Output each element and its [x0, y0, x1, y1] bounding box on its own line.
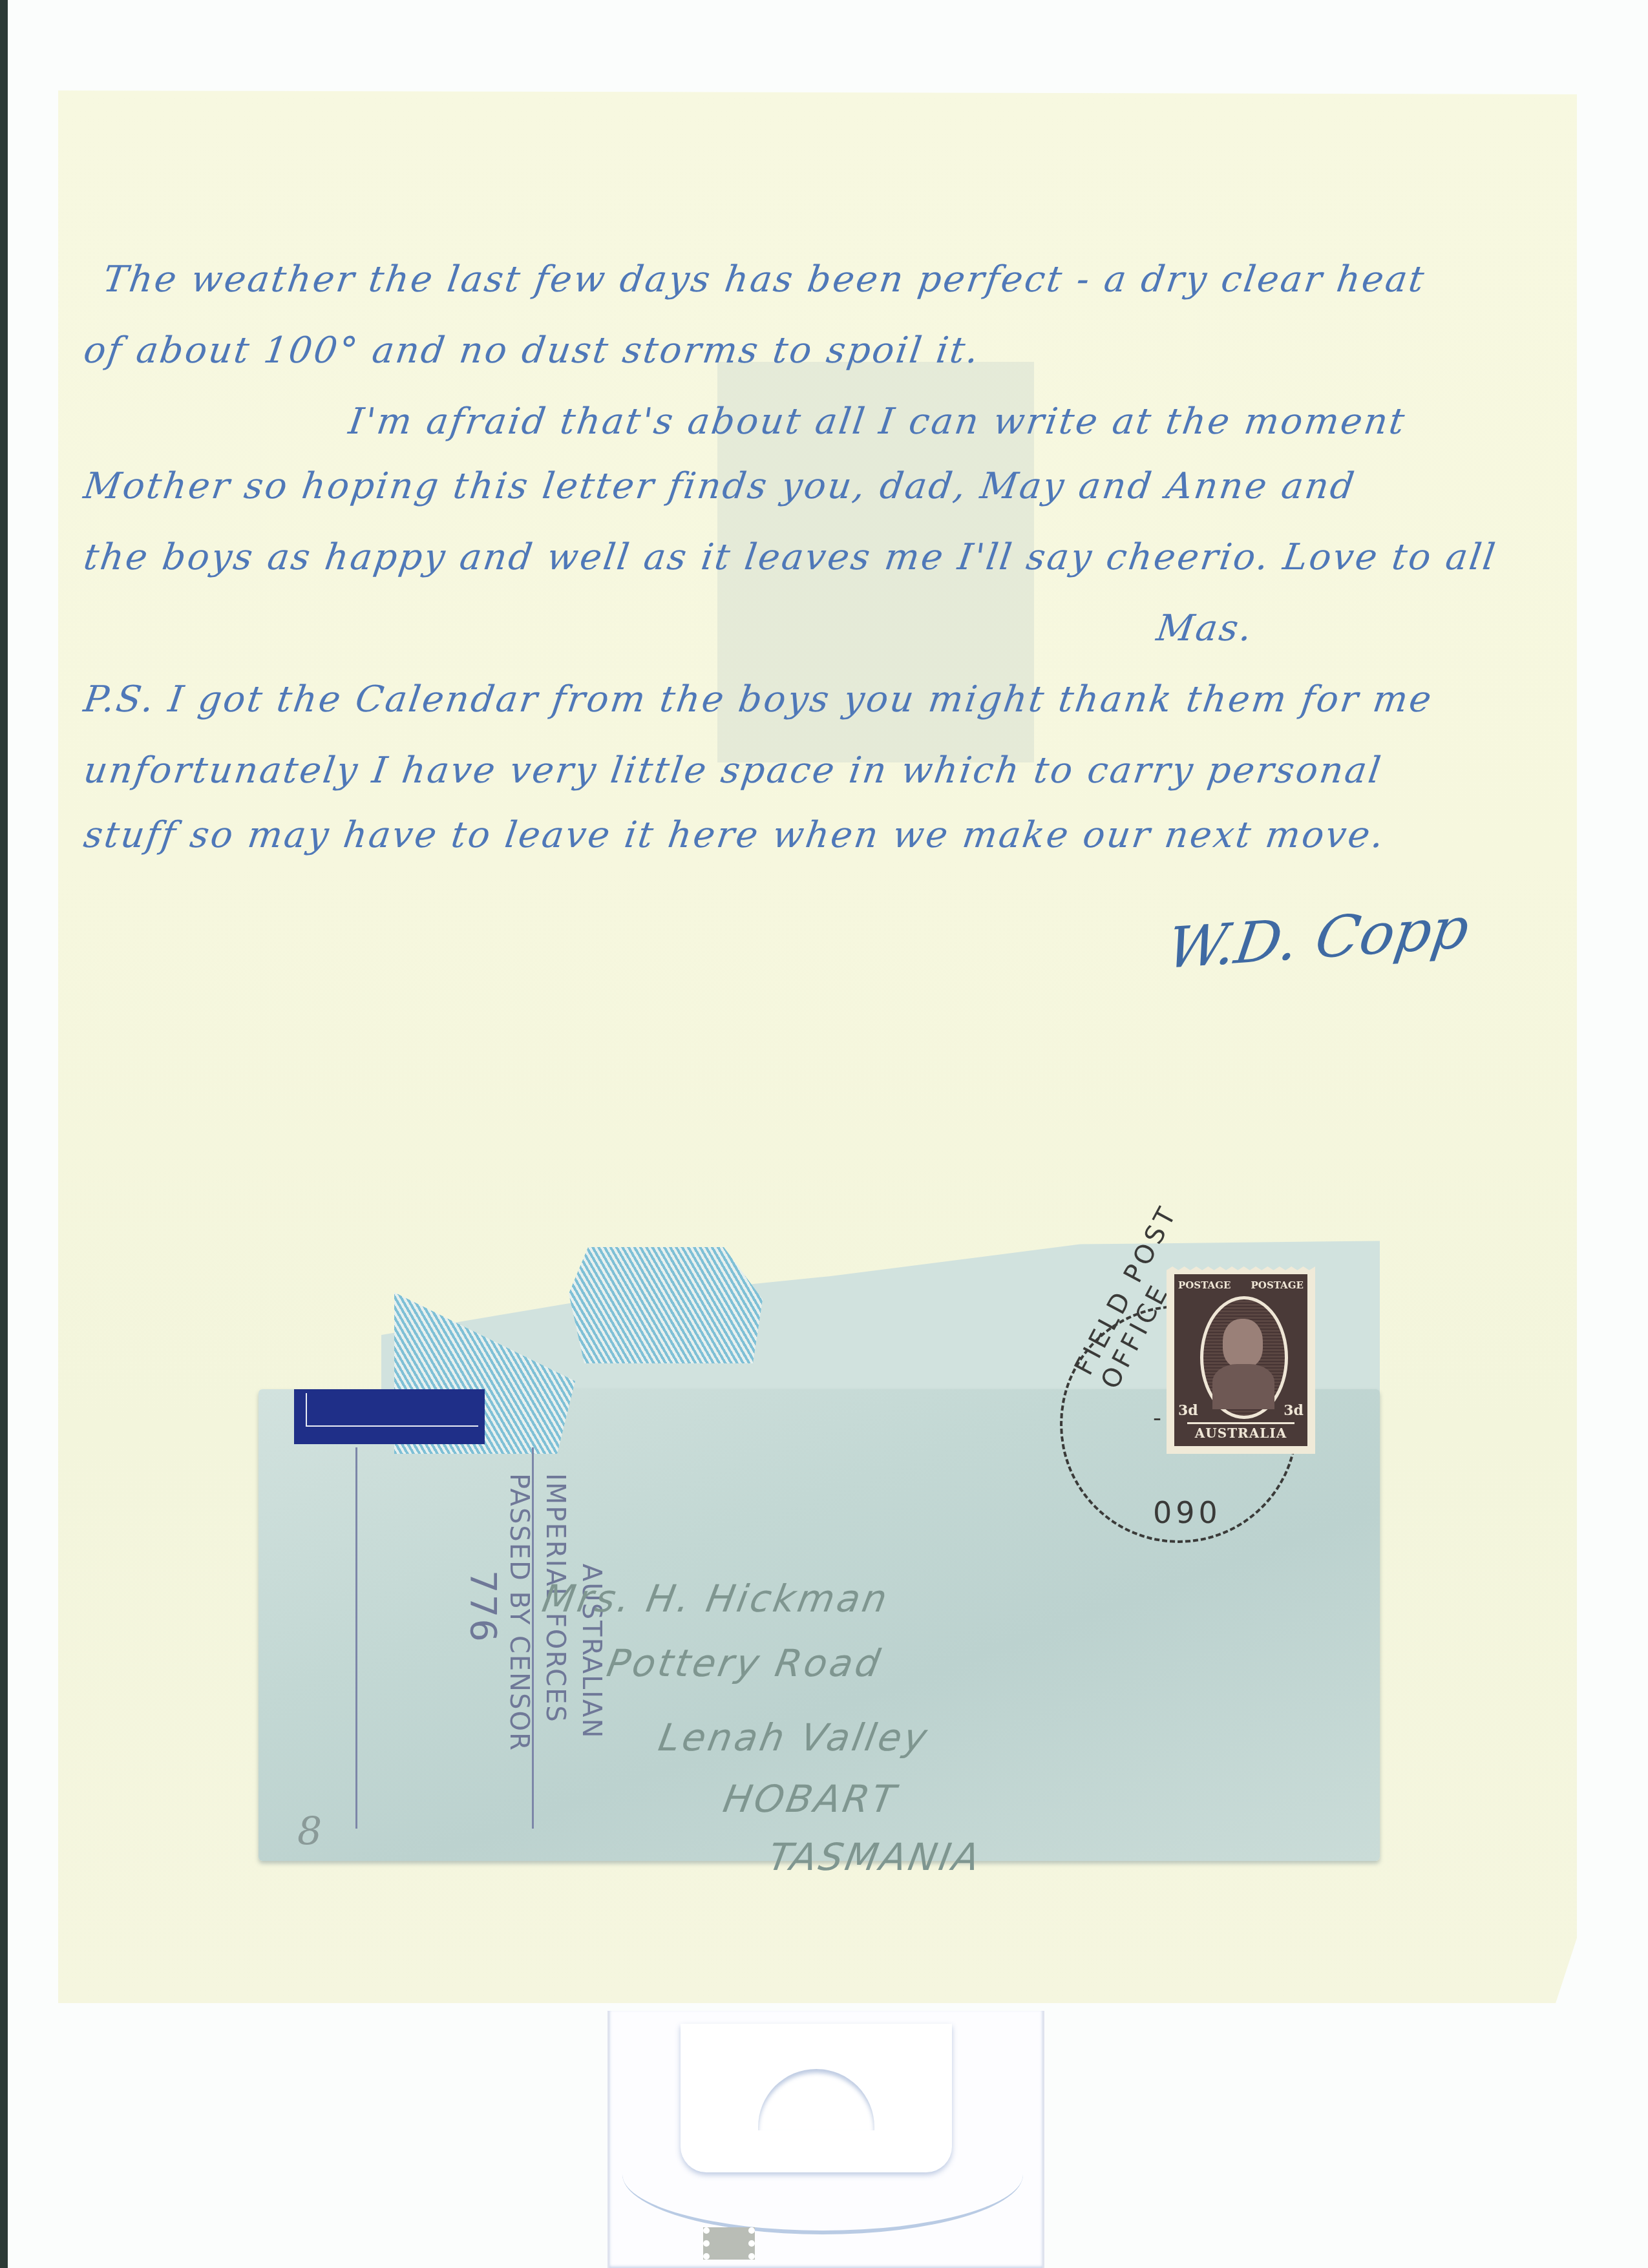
letter-line-2: of about 100° and no dust storms to spoi…: [81, 330, 983, 372]
letter-ps-line-2: unfortunately I have very little space i…: [81, 750, 1385, 792]
pencil-mark: 8: [297, 1809, 322, 1854]
scanner-edge: [0, 0, 8, 2268]
king-portrait-icon: [1200, 1296, 1288, 1419]
stamp-country: AUSTRALIA: [1187, 1422, 1294, 1441]
stamp-postage-right: POSTAGE: [1251, 1279, 1304, 1291]
airmail-band: [294, 1389, 485, 1444]
address-state: TASMANIA: [765, 1835, 985, 1879]
stamp-postage-left: POSTAGE: [1178, 1279, 1231, 1291]
stamp-value-right: 3d: [1284, 1402, 1304, 1419]
letter-line-4: Mother so hoping this letter finds you, …: [81, 465, 1358, 507]
film-strip-icon: [703, 2227, 755, 2260]
holder-curve: [622, 2114, 1023, 2234]
address-name: Mrs. H. Hickman: [539, 1577, 893, 1621]
letter-line-3: I'm afraid that's about all I can write …: [346, 401, 1409, 443]
envelope-torn-flap: [569, 1247, 763, 1363]
letter-ps-line-3: stuff so may have to leave it here when …: [81, 814, 1388, 856]
censor-line-1: AUSTRALIAN: [573, 1473, 609, 1822]
address-suburb: Lenah Valley: [655, 1716, 933, 1759]
postage-stamp: POSTAGE POSTAGE 3d 3d AUSTRALIA: [1167, 1266, 1315, 1454]
scanner-holder: [607, 2011, 1044, 2268]
letter-line-1: The weather the last few days has been p…: [100, 258, 1428, 300]
censor-line-3: PASSED BY CENSOR: [501, 1473, 537, 1822]
address-city: HOBART: [720, 1777, 901, 1821]
censor-number: 776: [465, 1473, 501, 1822]
censor-stamp: AUSTRALIAN IMPERIAL FORCES PASSED BY CEN…: [355, 1447, 534, 1829]
stamp-value-left: 3d: [1178, 1402, 1198, 1419]
letter-ps-line-1: P.S. I got the Calendar from the boys yo…: [81, 678, 1435, 720]
letter-closing-name: Mas.: [1154, 607, 1256, 649]
address-street: Pottery Road: [604, 1641, 885, 1685]
envelope: AUSTRALIAN IMPERIAL FORCES PASSED BY CEN…: [259, 1234, 1380, 1919]
letter-line-5: the boys as happy and well as it leaves …: [81, 536, 1499, 578]
postmark-number: 090: [1153, 1495, 1221, 1530]
censor-line-2: IMPERIAL FORCES: [537, 1473, 573, 1822]
